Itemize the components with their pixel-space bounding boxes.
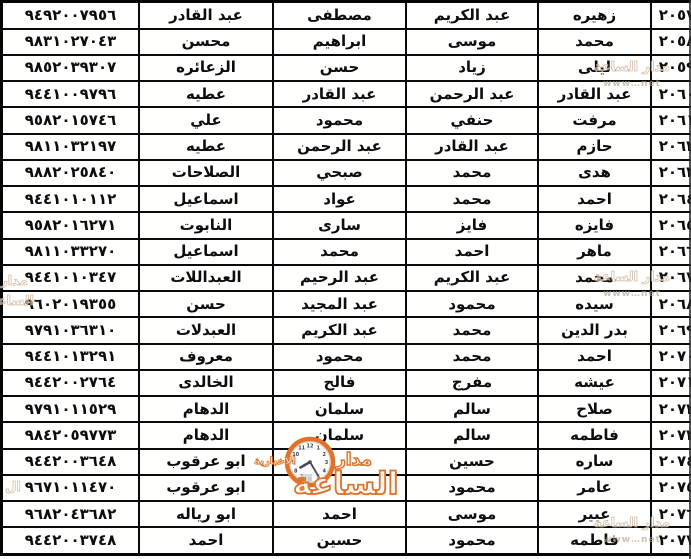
family-name-cell: اسماعيل (139, 239, 273, 265)
family-name-cell: الدهام (139, 396, 273, 422)
grandfather-name-cell: عبد القادر (273, 81, 406, 107)
serial-number-cell: ٢٠٦٣ (651, 160, 691, 186)
family-name-cell: الخالدى (139, 370, 273, 396)
table-row: ٢٠٧٧فاطمهمحمودحسيناحمد٩٤٤٢٠٠٣٧٤٨ (2, 527, 691, 554)
id-number-cell: ٩٤٤١٠١٠٣٤٧ (2, 265, 140, 291)
id-number-cell: ٩٤٤٢٠٠٢٧٦٤ (2, 370, 140, 396)
father-name-cell: حنفي (406, 107, 538, 133)
table-row: ٢٠٧٦عبيرموسىاحمدابو رياله٩٦٨٢٠٤٣٦٨٢ (2, 501, 691, 527)
grandfather-name-cell: عبد الرحيم (273, 265, 406, 291)
family-name-cell: الدهام (139, 422, 273, 448)
family-name-cell: عطيه (139, 134, 273, 160)
table-row: ٢٠٥٧زهيرهعبد الكريممصطفىعبد القادر٩٤٩٢٠٠… (2, 2, 691, 29)
father-name-cell: عبد القادر (406, 134, 538, 160)
father-name-cell: محمود (406, 475, 538, 501)
id-number-cell: ٩٨٨٢٠٢٥٨٤٠ (2, 160, 140, 186)
id-number-cell: ٩٥٨٢٠١٥٧٤٦ (2, 107, 140, 133)
father-name-cell: موسى (406, 501, 538, 527)
serial-number-cell: ٢٠٦٨ (651, 291, 691, 317)
id-number-cell: ٩٦٧١٠١١٤٧٠ (2, 475, 140, 501)
serial-number-cell: ٢٠٦١ (651, 107, 691, 133)
grandfather-name-cell: عبد الكريم (273, 317, 406, 343)
table-row: ٢٠٧٥عامرمحمودابو عرقوب٩٦٧١٠١١٤٧٠ (2, 475, 691, 501)
family-name-cell: ابو عرقوب (139, 449, 273, 475)
first-name-cell: فايزه (538, 212, 651, 238)
grandfather-name-cell: سلمان (273, 422, 406, 448)
first-name-cell: عيشه (538, 370, 651, 396)
first-name-cell: صلاح (538, 396, 651, 422)
table-row: ٢٠٧٢صلاحسالمسلمانالدهام٩٧٩١٠١١٥٢٩ (2, 396, 691, 422)
father-name-cell: موسى (406, 29, 538, 55)
table-row: ٢٠٦٥فايزهفايزسارىالنابوت٩٥٨٢٠١٦٢٧١ (2, 212, 691, 238)
id-number-cell: ٩٨٥٢٠٣٩٣٠٧ (2, 55, 140, 81)
table-row: ٢٠٥٩ليلىزيادحسنالزعائره٩٨٥٢٠٣٩٣٠٧ (2, 55, 691, 81)
first-name-cell: حازم (538, 134, 651, 160)
table-row: ٢٠٧٤سارهحسينابو عرقوب٩٤٤٢٠٠٣٦٤٨ (2, 449, 691, 475)
table-row: ٢٠٦١مرفتحنفيمحمودعلي٩٥٨٢٠١٥٧٤٦ (2, 107, 691, 133)
grandfather-name-cell: فالح (273, 370, 406, 396)
grandfather-name-cell: عبد الرحمن (273, 134, 406, 160)
father-name-cell: محمود (406, 291, 538, 317)
family-name-cell: الصلاحات (139, 160, 273, 186)
father-name-cell: محمد (406, 344, 538, 370)
id-number-cell: ٩٨٣١٠٢٧٠٤٣ (2, 29, 140, 55)
id-number-cell: ٩٧٩١٠٣٦٣١٠ (2, 317, 140, 343)
family-name-cell: النابوت (139, 212, 273, 238)
serial-number-cell: ٢٠٦٦ (651, 239, 691, 265)
father-name-cell: مفرج (406, 370, 538, 396)
id-number-cell: ٩٤٩٢٠٠٧٩٥٦ (2, 2, 140, 29)
records-table-body: ٢٠٥٧زهيرهعبد الكريممصطفىعبد القادر٩٤٩٢٠٠… (2, 2, 691, 555)
father-name-cell: عبد الرحمن (406, 81, 538, 107)
serial-number-cell: ٢٠٥٨ (651, 29, 691, 55)
serial-number-cell: ٢٠٧٠ (651, 344, 691, 370)
id-number-cell: ٩٤٤٢٠٠٣٦٤٨ (2, 449, 140, 475)
first-name-cell: فاطمه (538, 527, 651, 554)
table-row: ٢٠٥٨محمدموسىابراهيممحسن٩٨٣١٠٢٧٠٤٣ (2, 29, 691, 55)
grandfather-name-cell: محمود (273, 107, 406, 133)
table-row: ٢٠٦٦ماهراحمدمحمداسماعيل٩٨١١٠٣٣٢٧٠ (2, 239, 691, 265)
first-name-cell: ماهر (538, 239, 651, 265)
id-number-cell: ٩٥٨٢٠١٦٢٧١ (2, 212, 140, 238)
id-number-cell: ٩٦٨٢٠٤٣٦٨٢ (2, 501, 140, 527)
serial-number-cell: ٢٠٦٩ (651, 317, 691, 343)
serial-number-cell: ٢٠٧٧ (651, 527, 691, 554)
serial-number-cell: ٢٠٧٣ (651, 422, 691, 448)
first-name-cell: مرفت (538, 107, 651, 133)
first-name-cell: زهيره (538, 2, 651, 29)
father-name-cell: احمد (406, 239, 538, 265)
table-row: ٢٠٦٤احمدمحمدعواداسماعيل٩٤٤١٠١٠١١٢ (2, 186, 691, 212)
table-row: ٢٠٧١عيشهمفرجفالحالخالدى٩٤٤٢٠٠٢٧٦٤ (2, 370, 691, 396)
grandfather-name-cell (273, 449, 406, 475)
father-name-cell: عبد الكريم (406, 2, 538, 29)
first-name-cell: ساره (538, 449, 651, 475)
family-name-cell: علي (139, 107, 273, 133)
table-row: ٢٠٧٣فاطمهسالمسلمانالدهام٩٨٤٢٠٥٩٧٧٣ (2, 422, 691, 448)
grandfather-name-cell: حسين (273, 527, 406, 554)
id-number-cell: ٩٤٤٢٠٠٣٧٤٨ (2, 527, 140, 554)
serial-number-cell: ٢٠٥٧ (651, 2, 691, 29)
grandfather-name-cell: مصطفى (273, 2, 406, 29)
table-row: ٢٠٦٠عبد القادرعبد الرحمنعبد القادرعطيه٩٤… (2, 81, 691, 107)
family-name-cell: اسماعيل (139, 186, 273, 212)
serial-number-cell: ٢٠٧٥ (651, 475, 691, 501)
scanned-names-table-page: ٢٠٥٧زهيرهعبد الكريممصطفىعبد القادر٩٤٩٢٠٠… (0, 0, 691, 559)
id-number-cell: ٩٤٤١٠١٠١١٢ (2, 186, 140, 212)
grandfather-name-cell: محمود (273, 344, 406, 370)
table-row: ٢٠٦٩بدر الدينمحمدعبد الكريمالعبدلات٩٧٩١٠… (2, 317, 691, 343)
first-name-cell: احمد (538, 344, 651, 370)
first-name-cell: سيده (538, 291, 651, 317)
table-row: ٢٠٦٢حازمعبد القادرعبد الرحمنعطيه٩٨١١٠٣٢١… (2, 134, 691, 160)
first-name-cell: هدى (538, 160, 651, 186)
serial-number-cell: ٢٠٧١ (651, 370, 691, 396)
serial-number-cell: ٢٠٦٥ (651, 212, 691, 238)
family-name-cell: حسن (139, 291, 273, 317)
family-name-cell: محسن (139, 29, 273, 55)
grandfather-name-cell: سارى (273, 212, 406, 238)
serial-number-cell: ٢٠٦٤ (651, 186, 691, 212)
table-row: ٢٠٦٨سيدهمحمودعبد المجيدحسن٩٦٠٢٠١٩٣٥٥ (2, 291, 691, 317)
grandfather-name-cell (273, 475, 406, 501)
table-row: ٢٠٦٣هدىمحمدصبحيالصلاحات٩٨٨٢٠٢٥٨٤٠ (2, 160, 691, 186)
father-name-cell: محمد (406, 160, 538, 186)
grandfather-name-cell: سلمان (273, 396, 406, 422)
first-name-cell: بدر الدين (538, 317, 651, 343)
first-name-cell: احمد (538, 186, 651, 212)
serial-number-cell: ٢٠٦٠ (651, 81, 691, 107)
serial-number-cell: ٢٠٧٢ (651, 396, 691, 422)
grandfather-name-cell: صبحي (273, 160, 406, 186)
first-name-cell: فاطمه (538, 422, 651, 448)
family-name-cell: العبدلات (139, 317, 273, 343)
first-name-cell: عبد القادر (538, 81, 651, 107)
id-number-cell: ٩٤٤١٠٠٩٧٩٦ (2, 81, 140, 107)
grandfather-name-cell: عبد المجيد (273, 291, 406, 317)
id-number-cell: ٩٦٠٢٠١٩٣٥٥ (2, 291, 140, 317)
serial-number-cell: ٢٠٧٤ (651, 449, 691, 475)
serial-number-cell: ٢٠٥٩ (651, 55, 691, 81)
family-name-cell: عبد القادر (139, 2, 273, 29)
father-name-cell: محمد (406, 186, 538, 212)
father-name-cell: سالم (406, 396, 538, 422)
table-row: ٢٠٦٧محمدعبد الكريمعبد الرحيمالعبداللات٩٤… (2, 265, 691, 291)
id-number-cell: ٩٨١١٠٣٢١٩٧ (2, 134, 140, 160)
grandfather-name-cell: محمد (273, 239, 406, 265)
serial-number-cell: ٢٠٧٦ (651, 501, 691, 527)
father-name-cell: سالم (406, 422, 538, 448)
family-name-cell: احمد (139, 527, 273, 554)
family-name-cell: ابو عرقوب (139, 475, 273, 501)
serial-number-cell: ٢٠٦٧ (651, 265, 691, 291)
serial-number-cell: ٢٠٦٢ (651, 134, 691, 160)
id-number-cell: ٩٧٩١٠١١٥٢٩ (2, 396, 140, 422)
grandfather-name-cell: ابراهيم (273, 29, 406, 55)
family-name-cell: معروف (139, 344, 273, 370)
father-name-cell: محمد (406, 317, 538, 343)
family-name-cell: ابو رياله (139, 501, 273, 527)
first-name-cell: ليلى (538, 55, 651, 81)
first-name-cell: عبير (538, 501, 651, 527)
father-name-cell: زياد (406, 55, 538, 81)
family-name-cell: العبداللات (139, 265, 273, 291)
records-table: ٢٠٥٧زهيرهعبد الكريممصطفىعبد القادر٩٤٩٢٠٠… (0, 0, 691, 556)
father-name-cell: حسين (406, 449, 538, 475)
id-number-cell: ٩٨١١٠٣٣٢٧٠ (2, 239, 140, 265)
father-name-cell: محمود (406, 527, 538, 554)
first-name-cell: عامر (538, 475, 651, 501)
grandfather-name-cell: عواد (273, 186, 406, 212)
table-row: ٢٠٧٠احمدمحمدمحمودمعروف٩٤٤١٠١٣٢٩١ (2, 344, 691, 370)
family-name-cell: الزعائره (139, 55, 273, 81)
father-name-cell: فايز (406, 212, 538, 238)
father-name-cell: عبد الكريم (406, 265, 538, 291)
first-name-cell: محمد (538, 265, 651, 291)
grandfather-name-cell: حسن (273, 55, 406, 81)
id-number-cell: ٩٤٤١٠١٣٢٩١ (2, 344, 140, 370)
grandfather-name-cell: احمد (273, 501, 406, 527)
family-name-cell: عطيه (139, 81, 273, 107)
id-number-cell: ٩٨٤٢٠٥٩٧٧٣ (2, 422, 140, 448)
first-name-cell: محمد (538, 29, 651, 55)
